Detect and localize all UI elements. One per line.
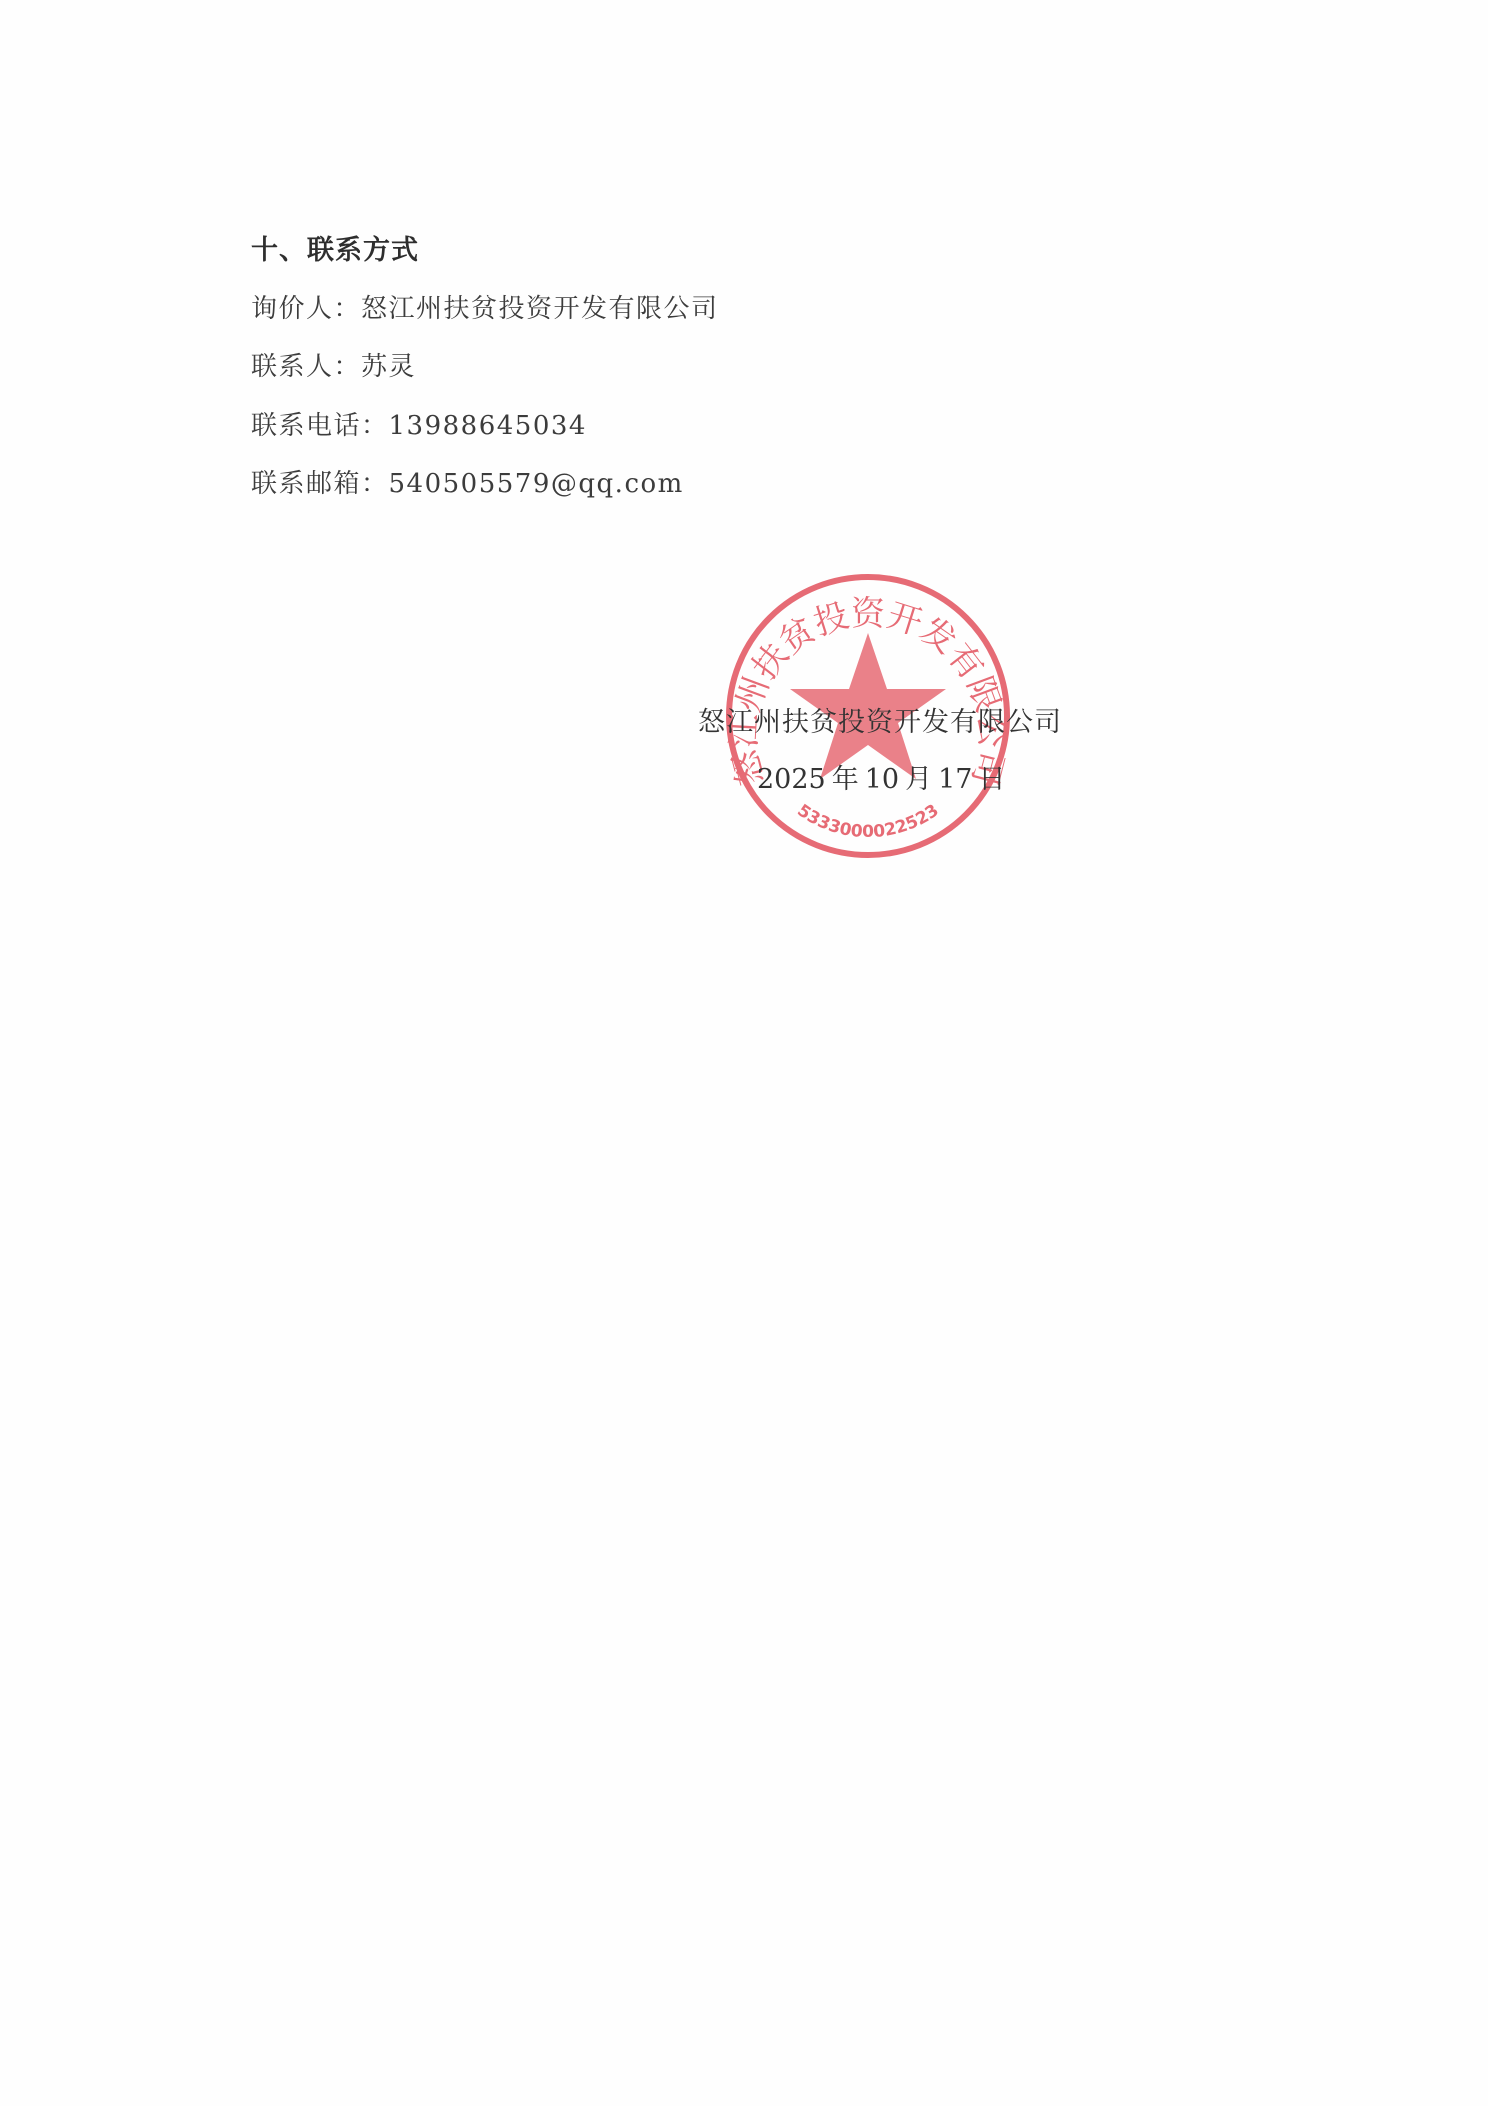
seal-registration-number: 5333000022523 — [793, 801, 942, 843]
contact-email-label: 联系邮箱： — [251, 469, 389, 499]
contact-email-value: 540505579@qq.com — [389, 469, 684, 499]
signature-date: 2025年10月17日 — [757, 757, 1011, 796]
contact-email: 联系邮箱：540505579@qq.com — [251, 463, 684, 500]
date-month-unit: 月 — [905, 764, 932, 795]
contact-inquirer-label: 询价人： — [251, 294, 361, 324]
signature-company: 怒江州扶贫投资开发有限公司 — [698, 700, 1062, 739]
date-year: 2025 — [757, 764, 826, 795]
contact-inquirer-value: 怒江州扶贫投资开发有限公司 — [361, 294, 719, 324]
contact-person-value: 苏灵 — [361, 352, 416, 382]
document-page: 十、联系方式 询价人：怒江州扶贫投资开发有限公司 联系人：苏灵 联系电话：139… — [0, 0, 1488, 2106]
contact-inquirer: 询价人：怒江州扶贫投资开发有限公司 — [251, 288, 719, 325]
date-year-unit: 年 — [832, 764, 859, 795]
contact-phone-value: 13988645034 — [389, 411, 587, 441]
date-day: 17 — [938, 764, 972, 795]
date-day-unit: 日 — [978, 764, 1005, 795]
contact-person-label: 联系人： — [251, 352, 361, 382]
contact-phone-label: 联系电话： — [251, 411, 389, 441]
contact-person: 联系人：苏灵 — [251, 346, 416, 383]
section-heading: 十、联系方式 — [251, 228, 419, 267]
contact-phone: 联系电话：13988645034 — [251, 405, 587, 442]
seal-registration-textpath: 5333000022523 — [793, 801, 942, 843]
date-month: 10 — [865, 764, 899, 795]
